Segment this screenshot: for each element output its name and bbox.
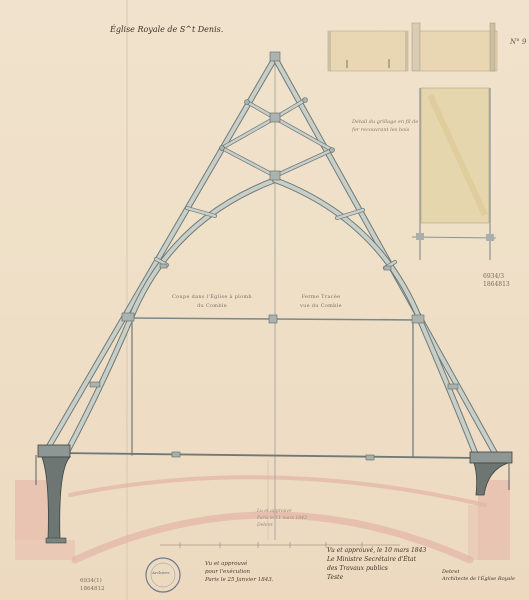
pencil-note-line1: Lu et approuvé [257, 508, 307, 515]
top-panel-detail [328, 23, 497, 71]
signature-line1: Debret [442, 569, 515, 576]
approval-line3: des Travaux publics [327, 564, 426, 573]
ministerial-approval: Vu et approuvé, le 10 mars 1843 Le Minis… [327, 546, 426, 582]
section-label-right-line1: Ferme Tracée [300, 293, 342, 302]
visa-line1: Vu et approuvé [205, 560, 273, 568]
section-label-left: Coupe dans l'Église à plomb du Comble [172, 293, 252, 311]
pencil-annotation: Lu et approuvé Paris le 11 mars 1843 Deb… [257, 508, 307, 529]
archive-stamp [146, 558, 180, 592]
section-label-right: Ferme Tracée vue du Comble [300, 293, 342, 311]
pencil-note-line2: Paris le 11 mars 1843 [257, 515, 307, 522]
archive-ref-right: 6934/3 1864813 [483, 273, 510, 289]
drawing-sheet: Église Royale de S^t Denis. N° 9 Détail … [0, 0, 529, 600]
stamp-text: Archives [152, 571, 170, 575]
visa-line3: Paris le 25 Janvier 1843. [205, 576, 273, 584]
approval-line2: Le Ministre Secrétaire d'État [327, 555, 426, 564]
archive-ref-left: 6934(1) 1864812 [80, 577, 105, 593]
plate-number: N° 9 [510, 38, 526, 46]
approval-line1: Vu et approuvé, le 10 mars 1843 [327, 546, 426, 555]
side-panel-detail [412, 88, 496, 260]
architect-signature: Debret Architecte de l'Église Royale [442, 569, 515, 583]
archive-ref-left-line2: 1864812 [80, 585, 105, 593]
drawing-title: Église Royale de S^t Denis. [110, 26, 223, 34]
archive-ref-right-line2: 1864813 [483, 281, 510, 289]
visa-annotation: Vu et approuvé pour l'exécution Paris le… [205, 560, 273, 584]
approval-line4: Teste [327, 573, 426, 582]
visa-line2: pour l'exécution [205, 568, 273, 576]
section-label-left-line2: du Comble [172, 302, 252, 311]
archive-ref-right-line1: 6934/3 [483, 273, 510, 281]
archive-ref-left-line1: 6934(1) [80, 577, 105, 585]
pencil-note-line3: Debret [257, 522, 307, 529]
section-label-right-line2: vue du Comble [300, 302, 342, 311]
detail-note: Détail du grillage en fil de fer recouvr… [352, 118, 422, 134]
section-label-left-line1: Coupe dans l'Église à plomb [172, 293, 252, 302]
signature-line2: Architecte de l'Église Royale [442, 576, 515, 583]
